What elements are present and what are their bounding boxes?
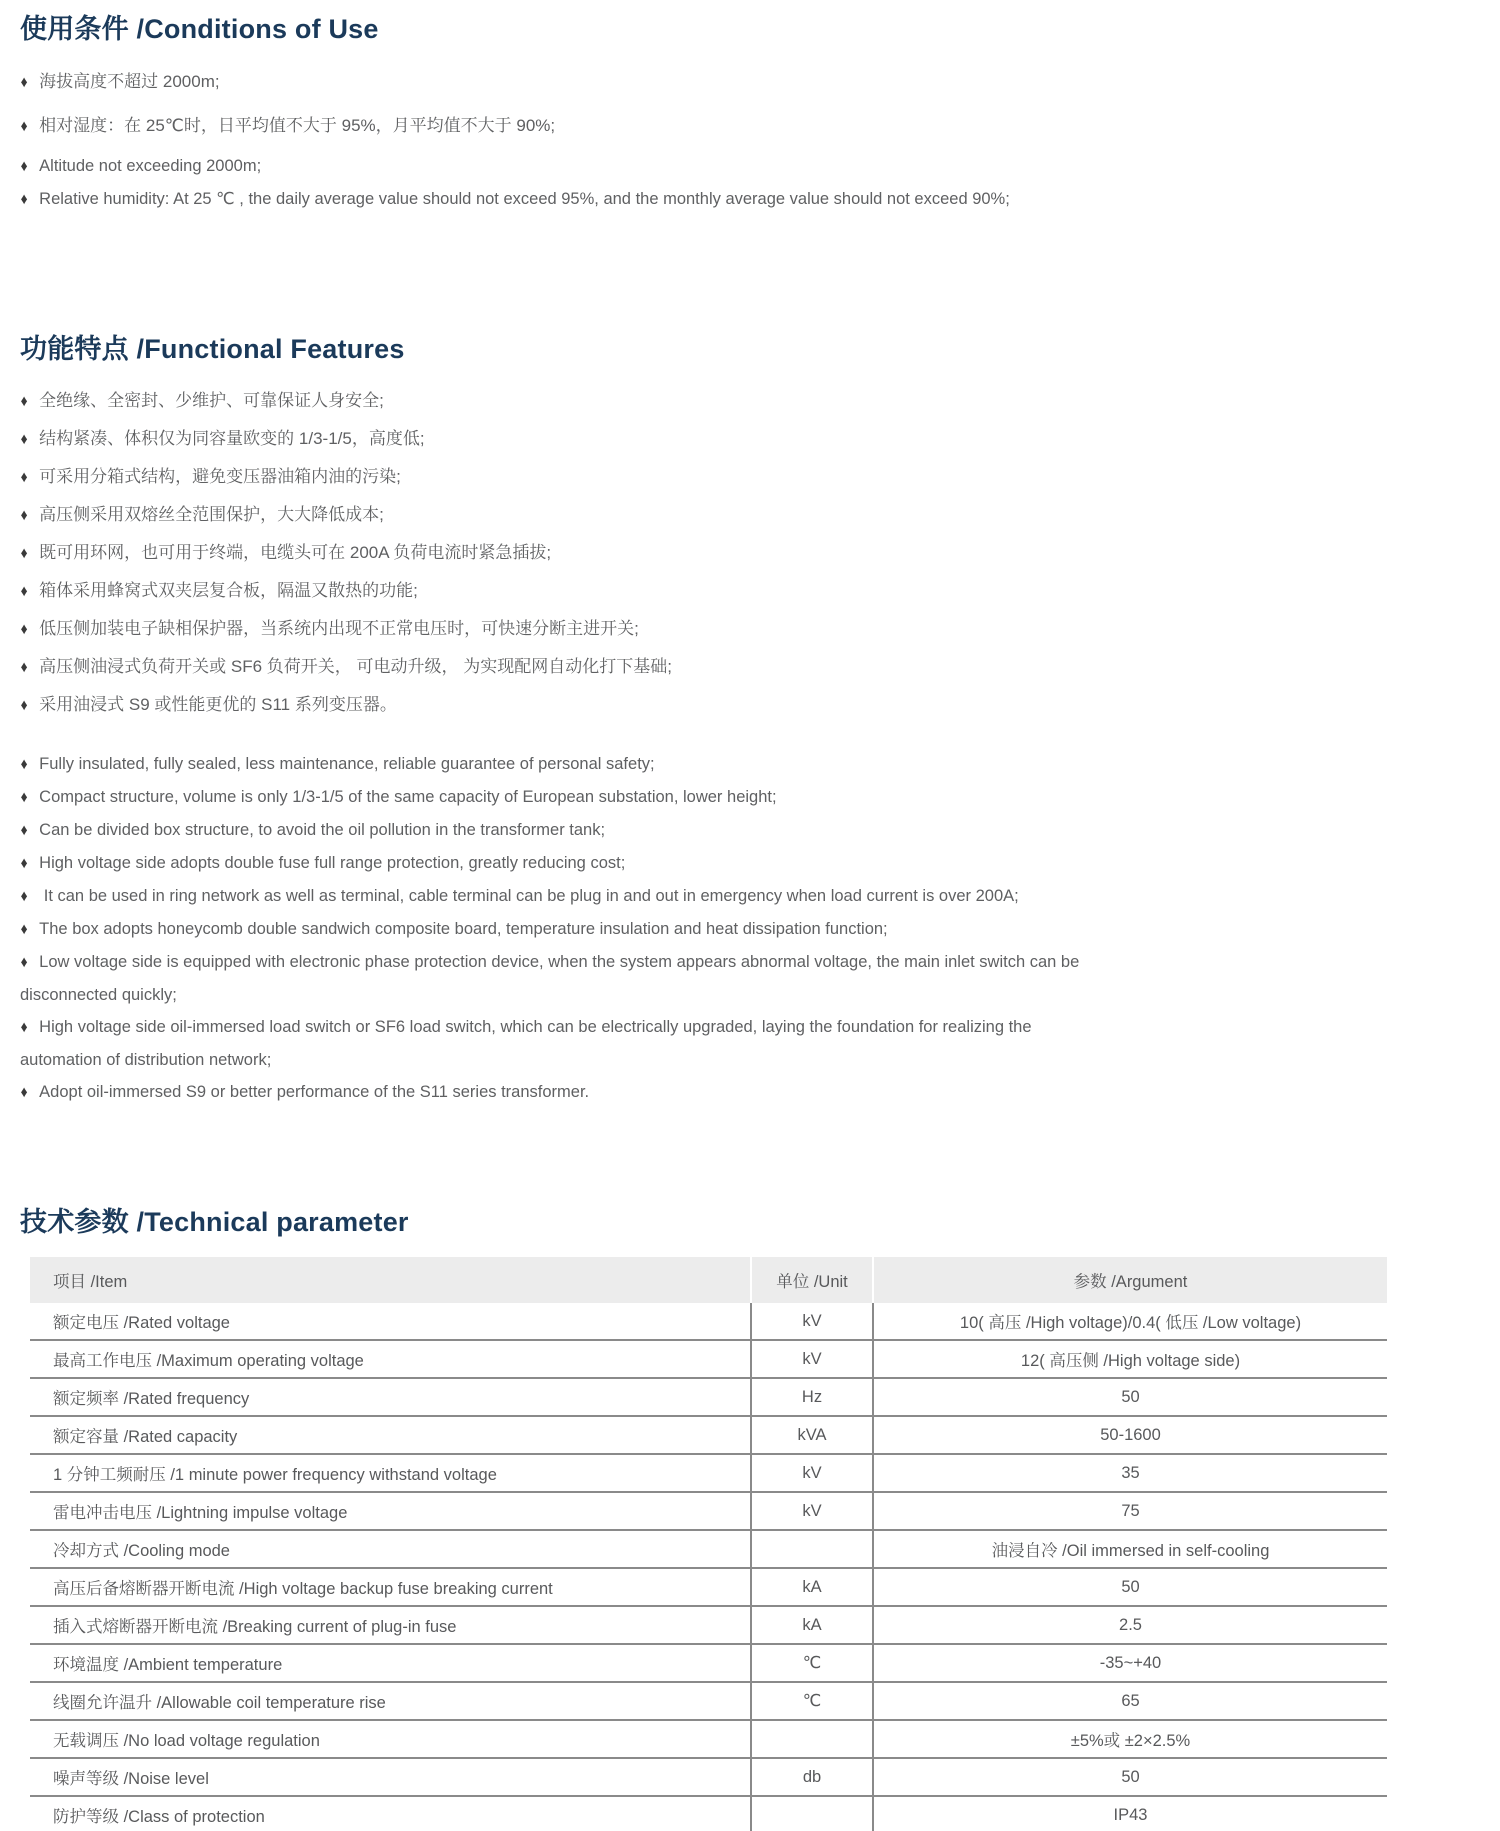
value-cell: 50-1600	[873, 1416, 1387, 1454]
list-item-text: Low voltage side is equipped with electr…	[20, 953, 1079, 1004]
value-cell: 10( 高压 /High voltage)/0.4( 低压 /Low volta…	[873, 1303, 1387, 1340]
value-cell: 油浸自冷 /Oil immersed in self-cooling	[873, 1530, 1387, 1568]
bullet-diamond-icon: ♦	[21, 184, 28, 216]
list-item-text: High voltage side oil-immersed load swit…	[20, 1018, 1032, 1069]
list-item-text: Compact structure, volume is only 1/3-1/…	[39, 788, 776, 806]
list-item-text: It can be used in ring network as well a…	[39, 887, 1019, 905]
list-item: ♦全绝缘、全密封、少维护、可靠保证人身安全;	[20, 382, 1480, 420]
bullet-diamond-icon: ♦	[21, 497, 28, 534]
list-item-text: Relative humidity: At 25 ℃ , the daily a…	[39, 190, 1010, 208]
list-item-text: 采用油浸式 S9 或性能更优的 S11 系列变压器。	[39, 695, 397, 714]
list-item: ♦High voltage side oil-immersed load swi…	[20, 1011, 1112, 1076]
list-item: ♦海拔高度不超过 2000m;	[20, 60, 1480, 104]
section-technical-parameter: 技术参数 /Technical parameter 项目 /Item 单位 /U…	[20, 1205, 1480, 1831]
bullet-diamond-icon: ♦	[21, 687, 28, 724]
table-row: 环境温度 /Ambient temperature ℃ -35~+40	[30, 1644, 1387, 1682]
table-row: 防护等级 /Class of protection IP43	[30, 1796, 1387, 1831]
item-cell: 额定电压 /Rated voltage	[30, 1303, 751, 1340]
list-item-text: Can be divided box structure, to avoid t…	[39, 821, 605, 839]
unit-cell: ℃	[751, 1644, 873, 1682]
item-cell: 无载调压 /No load voltage regulation	[30, 1720, 751, 1758]
bullet-diamond-icon: ♦	[21, 535, 28, 572]
unit-cell: kVA	[751, 1416, 873, 1454]
value-cell: 12( 高压侧 /High voltage side)	[873, 1340, 1387, 1378]
bullet-diamond-icon: ♦	[21, 881, 28, 913]
item-cell: 雷电冲击电压 /Lightning impulse voltage	[30, 1492, 751, 1530]
value-cell: 50	[873, 1568, 1387, 1606]
table-row: 雷电冲击电压 /Lightning impulse voltage kV 75	[30, 1492, 1387, 1530]
list-item: ♦箱体采用蜂窝式双夹层复合板，隔温又散热的功能;	[20, 572, 1480, 610]
list-item-text: Fully insulated, fully sealed, less main…	[39, 755, 654, 773]
list-item: ♦Can be divided box structure, to avoid …	[20, 814, 1112, 847]
list-item: ♦High voltage side adopts double fuse fu…	[20, 847, 1112, 880]
table-row: 额定容量 /Rated capacity kVA 50-1600	[30, 1416, 1387, 1454]
list-item-text: High voltage side adopts double fuse ful…	[39, 854, 625, 872]
list-item: ♦Compact structure, volume is only 1/3-1…	[20, 781, 1112, 814]
list-item-text: 高压侧油浸式负荷开关或 SF6 负荷开关， 可电动升级， 为实现配网自动化打下基…	[39, 657, 672, 676]
table-row: 额定频率 /Rated frequency Hz 50	[30, 1378, 1387, 1416]
bullet-diamond-icon: ♦	[21, 105, 28, 148]
unit-cell	[751, 1720, 873, 1758]
table-row: 最高工作电压 /Maximum operating voltage kV 12(…	[30, 1340, 1387, 1378]
unit-cell: kV	[751, 1340, 873, 1378]
column-header-argument: 参数 /Argument	[873, 1257, 1387, 1303]
bullet-diamond-icon: ♦	[21, 947, 28, 979]
list-item-text: The box adopts honeycomb double sandwich…	[39, 920, 887, 938]
list-item-text: 高压侧采用双熔丝全范围保护，大大降低成本;	[39, 505, 384, 524]
unit-cell: ℃	[751, 1682, 873, 1720]
features-list-zh: ♦全绝缘、全密封、少维护、可靠保证人身安全; ♦结构紧凑、体积仅为同容量欧变的 …	[20, 382, 1480, 724]
bullet-diamond-icon: ♦	[21, 459, 28, 496]
section-title-features: 功能特点 /Functional Features	[20, 332, 1480, 366]
bullet-diamond-icon: ♦	[21, 749, 28, 781]
technical-parameter-table: 项目 /Item 单位 /Unit 参数 /Argument 额定电压 /Rat…	[30, 1257, 1387, 1831]
section-title-conditions: 使用条件 /Conditions of Use	[20, 12, 1480, 46]
item-cell: 最高工作电压 /Maximum operating voltage	[30, 1340, 751, 1378]
list-item-text: 可采用分箱式结构，避免变压器油箱内油的污染;	[39, 467, 401, 486]
item-cell: 防护等级 /Class of protection	[30, 1796, 751, 1831]
bullet-diamond-icon: ♦	[21, 611, 28, 648]
list-item-text: Altitude not exceeding 2000m;	[39, 157, 261, 175]
list-item: ♦结构紧凑、体积仅为同容量欧变的 1/3-1/5，高度低;	[20, 420, 1480, 458]
item-cell: 高压后备熔断器开断电流 /High voltage backup fuse br…	[30, 1568, 751, 1606]
list-item-text: 既可用环网，也可用于终端，电缆头可在 200A 负荷电流时紧急插拔;	[39, 543, 551, 562]
list-item: ♦低压侧加装电子缺相保护器，当系统内出现不正常电压时，可快速分断主进开关;	[20, 610, 1480, 648]
item-cell: 插入式熔断器开断电流 /Breaking current of plug-in …	[30, 1606, 751, 1644]
bullet-diamond-icon: ♦	[21, 782, 28, 814]
bullet-diamond-icon: ♦	[21, 573, 28, 610]
list-item-text: 相对湿度：在 25℃时，日平均值不大于 95%，月平均值不大于 90%;	[39, 116, 555, 135]
value-cell: 50	[873, 1378, 1387, 1416]
list-item: ♦相对湿度：在 25℃时，日平均值不大于 95%，月平均值不大于 90%;	[20, 104, 1480, 148]
section-functional-features: 功能特点 /Functional Features ♦全绝缘、全密封、少维护、可…	[20, 332, 1480, 1109]
list-item: ♦既可用环网，也可用于终端，电缆头可在 200A 负荷电流时紧急插拔;	[20, 534, 1480, 572]
list-item: ♦Fully insulated, fully sealed, less mai…	[20, 748, 1112, 781]
column-header-item: 项目 /Item	[30, 1257, 751, 1303]
list-item: ♦The box adopts honeycomb double sandwic…	[20, 913, 1112, 946]
list-item: ♦ It can be used in ring network as well…	[20, 880, 1112, 913]
bullet-diamond-icon: ♦	[21, 848, 28, 880]
table-row: 噪声等级 /Noise level db 50	[30, 1758, 1387, 1796]
list-item: ♦Altitude not exceeding 2000m;	[20, 150, 1480, 183]
section-conditions-of-use: 使用条件 /Conditions of Use ♦海拔高度不超过 2000m; …	[20, 12, 1480, 216]
conditions-list-en: ♦Altitude not exceeding 2000m; ♦Relative…	[20, 150, 1480, 216]
unit-cell	[751, 1796, 873, 1831]
unit-cell: kV	[751, 1454, 873, 1492]
datasheet-page: 使用条件 /Conditions of Use ♦海拔高度不超过 2000m; …	[0, 0, 1500, 1831]
list-item-text: 箱体采用蜂窝式双夹层复合板，隔温又散热的功能;	[39, 581, 418, 600]
bullet-diamond-icon: ♦	[21, 914, 28, 946]
item-cell: 环境温度 /Ambient temperature	[30, 1644, 751, 1682]
item-cell: 噪声等级 /Noise level	[30, 1758, 751, 1796]
list-item-text: 结构紧凑、体积仅为同容量欧变的 1/3-1/5，高度低;	[39, 429, 424, 448]
unit-cell: db	[751, 1758, 873, 1796]
item-cell: 1 分钟工频耐压 /1 minute power frequency withs…	[30, 1454, 751, 1492]
value-cell: -35~+40	[873, 1644, 1387, 1682]
unit-cell: kV	[751, 1303, 873, 1340]
list-item-text: 全绝缘、全密封、少维护、可靠保证人身安全;	[39, 391, 384, 410]
unit-cell: Hz	[751, 1378, 873, 1416]
table-row: 插入式熔断器开断电流 /Breaking current of plug-in …	[30, 1606, 1387, 1644]
table-row: 高压后备熔断器开断电流 /High voltage backup fuse br…	[30, 1568, 1387, 1606]
item-cell: 冷却方式 /Cooling mode	[30, 1530, 751, 1568]
bullet-diamond-icon: ♦	[21, 421, 28, 458]
bullet-diamond-icon: ♦	[21, 61, 28, 104]
item-cell: 额定频率 /Rated frequency	[30, 1378, 751, 1416]
item-cell: 额定容量 /Rated capacity	[30, 1416, 751, 1454]
table-row: 线圈允许温升 /Allowable coil temperature rise …	[30, 1682, 1387, 1720]
list-item-text: 低压侧加装电子缺相保护器，当系统内出现不正常电压时，可快速分断主进开关;	[39, 619, 639, 638]
value-cell: IP43	[873, 1796, 1387, 1831]
list-item-text: Adopt oil-immersed S9 or better performa…	[39, 1083, 589, 1101]
list-item: ♦采用油浸式 S9 或性能更优的 S11 系列变压器。	[20, 686, 1480, 724]
conditions-list-zh: ♦海拔高度不超过 2000m; ♦相对湿度：在 25℃时，日平均值不大于 95%…	[20, 60, 1480, 148]
unit-cell: kA	[751, 1606, 873, 1644]
bullet-diamond-icon: ♦	[21, 1012, 28, 1044]
bullet-diamond-icon: ♦	[21, 383, 28, 420]
bullet-diamond-icon: ♦	[21, 1077, 28, 1109]
list-item: ♦可采用分箱式结构，避免变压器油箱内油的污染;	[20, 458, 1480, 496]
list-item: ♦高压侧油浸式负荷开关或 SF6 负荷开关， 可电动升级， 为实现配网自动化打下…	[20, 648, 1480, 686]
value-cell: ±5%或 ±2×2.5%	[873, 1720, 1387, 1758]
list-item: ♦Relative humidity: At 25 ℃ , the daily …	[20, 183, 1480, 216]
bullet-diamond-icon: ♦	[21, 649, 28, 686]
features-list-en: ♦Fully insulated, fully sealed, less mai…	[20, 748, 1112, 1109]
table-row: 冷却方式 /Cooling mode 油浸自冷 /Oil immersed in…	[30, 1530, 1387, 1568]
value-cell: 50	[873, 1758, 1387, 1796]
value-cell: 75	[873, 1492, 1387, 1530]
unit-cell: kA	[751, 1568, 873, 1606]
table-row: 无载调压 /No load voltage regulation ±5%或 ±2…	[30, 1720, 1387, 1758]
table-row: 1 分钟工频耐压 /1 minute power frequency withs…	[30, 1454, 1387, 1492]
value-cell: 65	[873, 1682, 1387, 1720]
column-header-unit: 单位 /Unit	[751, 1257, 873, 1303]
list-item: ♦Adopt oil-immersed S9 or better perform…	[20, 1076, 1112, 1109]
bullet-diamond-icon: ♦	[21, 151, 28, 183]
value-cell: 2.5	[873, 1606, 1387, 1644]
table-header-row: 项目 /Item 单位 /Unit 参数 /Argument	[30, 1257, 1387, 1303]
unit-cell: kV	[751, 1492, 873, 1530]
table-row: 额定电压 /Rated voltage kV 10( 高压 /High volt…	[30, 1303, 1387, 1340]
list-item-text: 海拔高度不超过 2000m;	[39, 72, 219, 91]
bullet-diamond-icon: ♦	[21, 815, 28, 847]
unit-cell	[751, 1530, 873, 1568]
list-item: ♦高压侧采用双熔丝全范围保护，大大降低成本;	[20, 496, 1480, 534]
item-cell: 线圈允许温升 /Allowable coil temperature rise	[30, 1682, 751, 1720]
list-item: ♦Low voltage side is equipped with elect…	[20, 946, 1112, 1011]
section-title-technical: 技术参数 /Technical parameter	[20, 1205, 1480, 1239]
value-cell: 35	[873, 1454, 1387, 1492]
